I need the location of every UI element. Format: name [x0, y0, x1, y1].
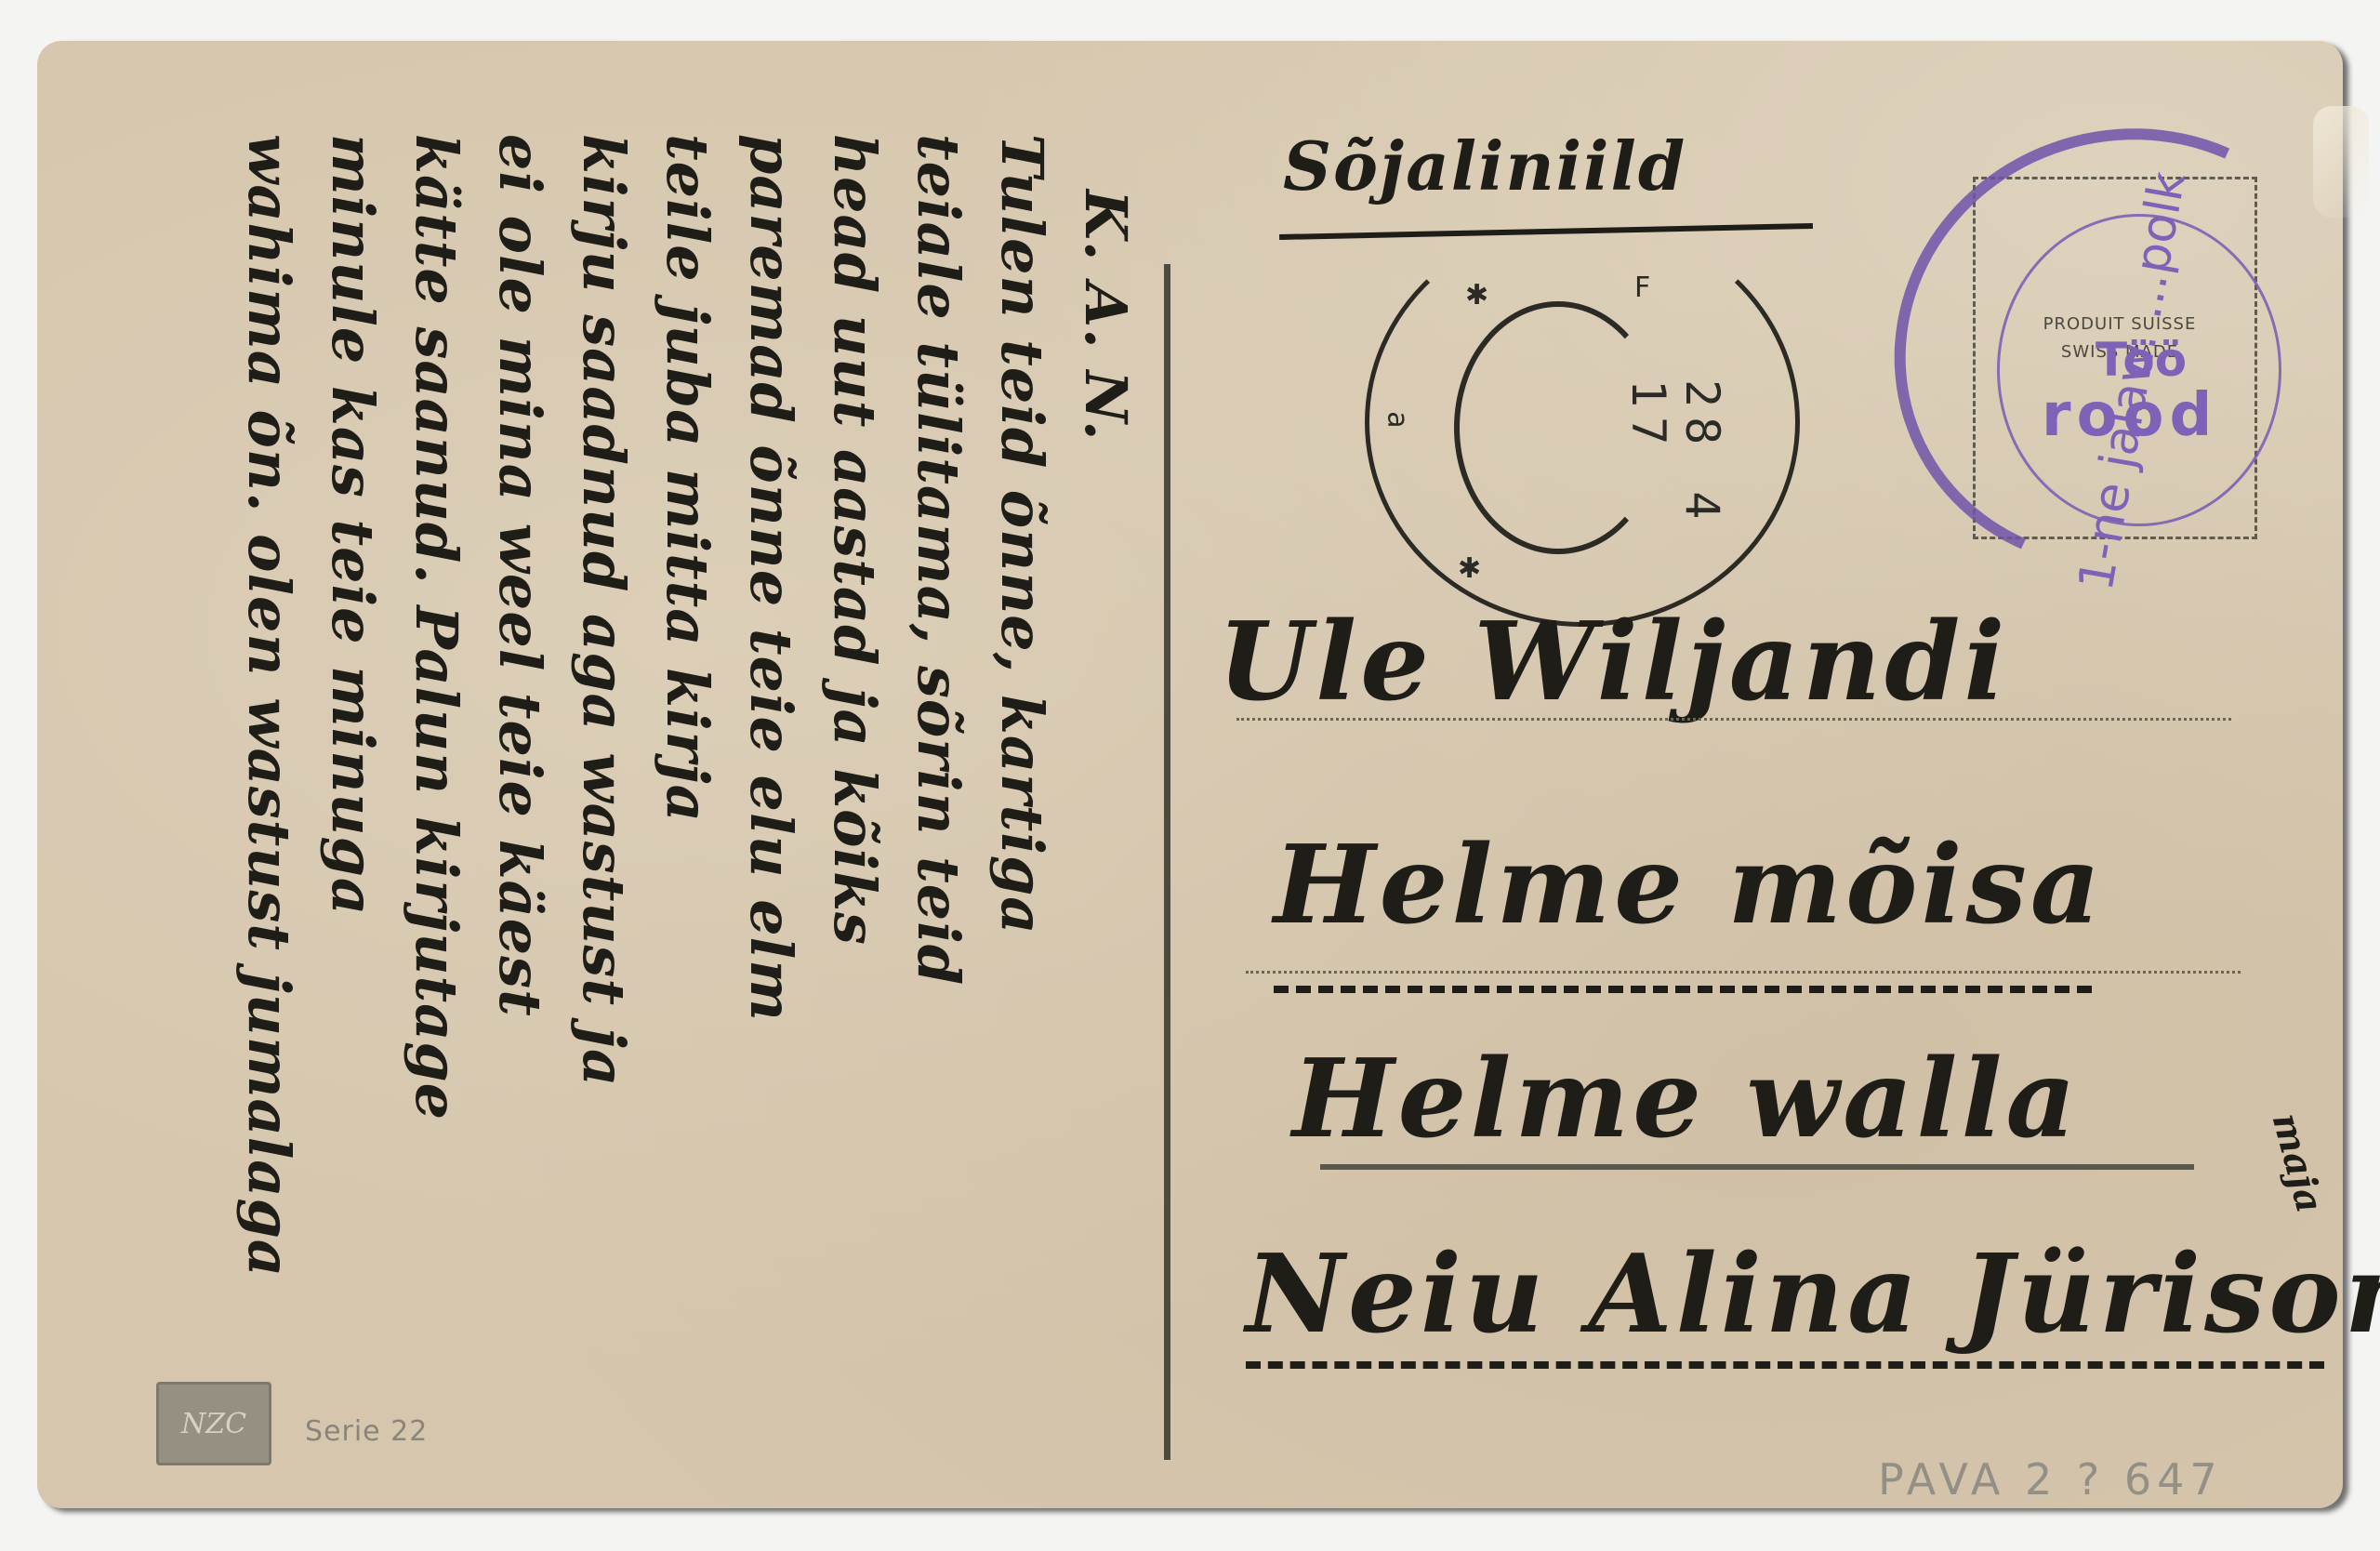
message-area: K. A. N. Tulen teid õnne, kartiga teiale… — [97, 134, 1138, 1454]
address-underline — [1246, 1361, 2324, 1369]
star-icon: ✱ — [1465, 279, 1488, 312]
address-rule — [1236, 718, 2231, 721]
center-divider — [1164, 264, 1170, 1460]
archive-pencil-note: PAVA 2 ? 647 — [1878, 1454, 2223, 1505]
address-line: Ule Wiljandi — [1218, 599, 2008, 725]
address-line: Helme mõisa — [1274, 822, 2104, 948]
series-label: Serie 22 — [305, 1415, 428, 1448]
message-line: kirju saadnud aga wastust ja — [562, 134, 645, 1454]
postmark: 28 4 17 ✱ ✱ F a — [1365, 218, 1800, 627]
censor-center-top: Töö — [2096, 333, 2187, 387]
postmark-letter: a — [1382, 411, 1414, 428]
censor-center-bottom: rood — [2042, 381, 2217, 450]
address-line: Neiu Alina Jürison — [1246, 1231, 2380, 1358]
postmark-date: 28 4 17 — [1621, 379, 1729, 629]
message-handwriting: K. A. N. Tulen teid õnne, kartiga teiale… — [106, 134, 1147, 1454]
address-rule — [1246, 971, 2241, 974]
postmark-letter: F — [1634, 272, 1650, 304]
message-line: teiale tülitama, sõrin teid — [896, 134, 980, 1454]
address-line: Helme walla — [1292, 1036, 2080, 1162]
message-line: minule kas teie minuga — [311, 134, 394, 1454]
message-line: head uut aastad ja kõiks — [813, 134, 896, 1454]
message-line: paremad õnne teie elu elm — [729, 134, 813, 1454]
address-underline — [1274, 986, 2092, 993]
message-line: kätte saanud. Palun kirjutage — [394, 134, 478, 1454]
message-line: Tulen teid õnne, kartiga — [980, 134, 1064, 1454]
message-line: ei ole mina weel teie käest — [478, 134, 562, 1454]
sender-note: Sõjaliniild — [1283, 126, 1686, 205]
message-line: teile juba mitta kirja — [645, 134, 729, 1454]
censor-stamp: 1-ne jalaw. ...polk Töö rood — [1893, 130, 2358, 567]
publisher-logo: NZC — [156, 1382, 271, 1465]
postcard: K. A. N. Tulen teid õnne, kartiga teiale… — [37, 41, 2343, 1508]
address-insert: maja — [2264, 1108, 2333, 1217]
address-rule — [1320, 1164, 2194, 1170]
star-icon: ✱ — [1458, 552, 1481, 585]
message-line: wahima õn. olen wastust jumalaga — [227, 134, 311, 1454]
message-salutation: K. A. N. — [1064, 134, 1147, 1454]
